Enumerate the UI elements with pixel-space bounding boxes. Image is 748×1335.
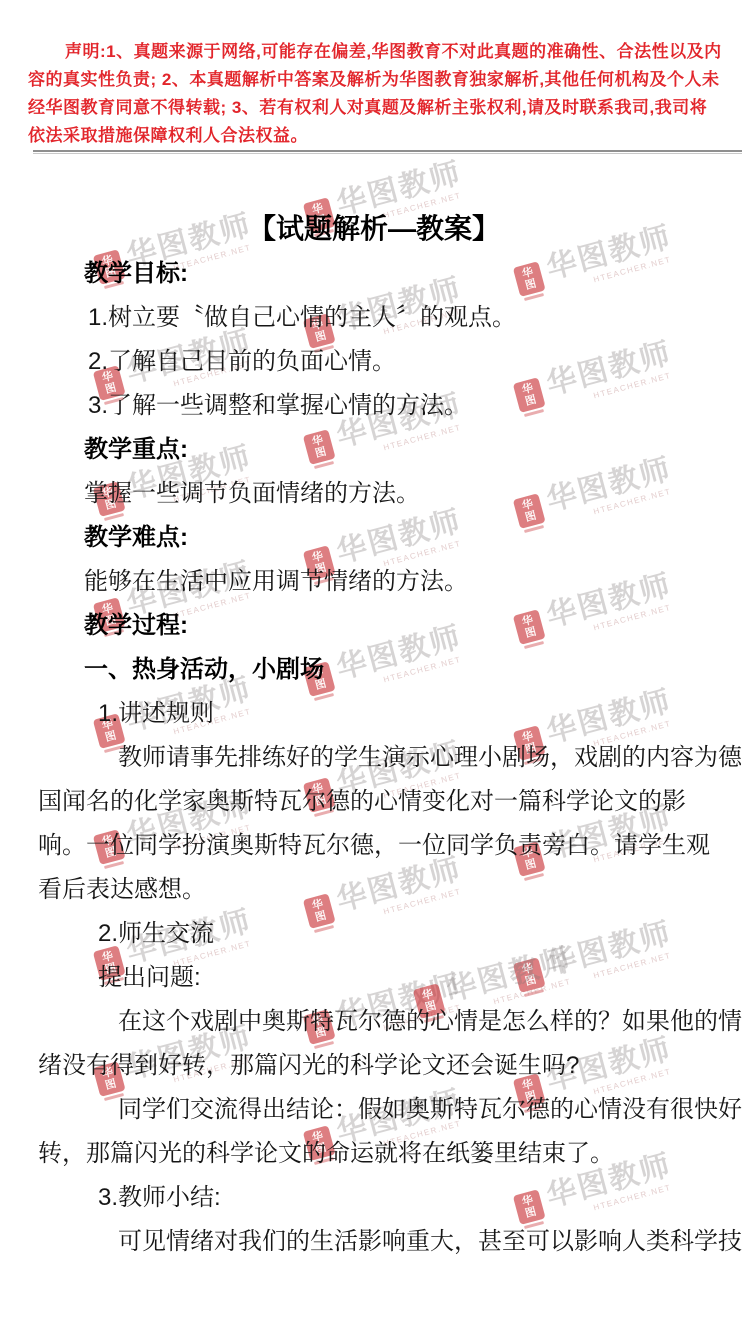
content-line: 同学们交流得出结论：假如奥斯特瓦尔德的心情没有很快好 [118, 1088, 718, 1132]
section-divider [33, 150, 742, 154]
content-line: 1.树立要〝做自己心情的主人〞的观点。 [88, 296, 718, 340]
content-line: 在这个戏剧中奥斯特瓦尔德的心情是怎么样的？如果他的情 [118, 1000, 718, 1044]
content-line: 能够在生活中应用调节情绪的方法。 [84, 560, 718, 604]
content-line: 教学目标: [84, 252, 718, 296]
content-line: 提出问题: [98, 956, 718, 1000]
disclaimer-line: 经华图教育同意不得转载; 3、若有权利人对真题及解析主张权利,请及时联系我司,我… [28, 94, 724, 122]
disclaimer-label: 声明: [65, 42, 106, 61]
lesson-content: 教学目标:1.树立要〝做自己心情的主人〞的观点。2.了解自己目前的负面心情。3.… [0, 252, 748, 1264]
disclaimer-line: 声明:1、真题来源于网络,可能存在偏差,华图教育不对此真题的准确性、合法性以及内 [28, 38, 724, 66]
content-line: 教学过程: [84, 604, 718, 648]
content-line: 3.了解一些调整和掌握心情的方法。 [88, 384, 718, 428]
content-line: 教学难点: [84, 516, 718, 560]
content-line: 转，那篇闪光的科学论文的命运就将在纸篓里结束了。 [38, 1132, 718, 1176]
content-line: 教学重点: [84, 428, 718, 472]
content-line: 一、热身活动，小剧场 [84, 648, 718, 692]
content-line: 教师请事先排练好的学生演示心理小剧场，戏剧的内容为德 [118, 736, 718, 780]
content-line: 可见情绪对我们的生活影响重大，甚至可以影响人类科学技 [118, 1220, 718, 1264]
content-line: 1.讲述规则 [98, 692, 718, 736]
scanned-lesson-page: 华图华图教师HTEACHER.NET华图华图教师HTEACHER.NET华图华图… [0, 0, 748, 1335]
content-line: 2.了解自己目前的负面心情。 [88, 340, 718, 384]
content-line: 2.师生交流 [98, 912, 718, 956]
content-line: 绪没有得到好转，那篇闪光的科学论文还会诞生吗? [38, 1044, 718, 1088]
content-line: 看后表达感想。 [38, 868, 718, 912]
content-line: 国闻名的化学家奥斯特瓦尔德的心情变化对一篇科学论文的影 [38, 780, 718, 824]
disclaimer-line: 依法采取措施保障权利人合法权益。 [28, 122, 724, 150]
content-line: 响。一位同学扮演奥斯特瓦尔德，一位同学负责旁白。请学生观 [38, 824, 718, 868]
content-line: 3.教师小结: [98, 1176, 718, 1220]
content-line: 掌握一些调节负面情绪的方法。 [84, 472, 718, 516]
document-title: 【试题解析—教案】 [0, 206, 748, 252]
disclaimer: 声明:1、真题来源于网络,可能存在偏差,华图教育不对此真题的准确性、合法性以及内… [0, 0, 748, 150]
disclaimer-line: 容的真实性负责; 2、本真题解析中答案及解析为华图教育独家解析,其他任何机构及个… [28, 66, 724, 94]
